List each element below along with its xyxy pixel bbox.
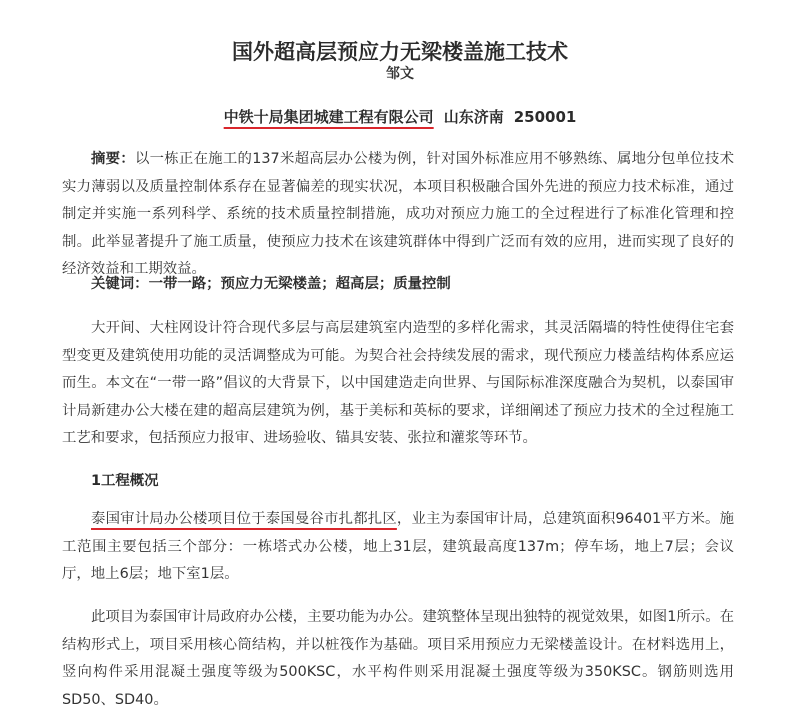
section-heading: 1工程概况	[62, 468, 734, 496]
document-page: 国外超高层预应力无梁楼盖施工技术 邹文 中铁十局集团城建工程有限公司山东济南25…	[0, 0, 800, 715]
document-title: 国外超高层预应力无梁楼盖施工技术	[0, 38, 800, 66]
affiliation-postal-code: 250001	[514, 108, 577, 126]
abstract-text: 以一栋正在施工的137米超高层办公楼为例，针对国外标准应用不够熟练、属地分包单位…	[62, 151, 734, 277]
affiliation-location: 山东济南	[444, 108, 504, 126]
abstract-label: 摘要：	[91, 151, 135, 167]
affiliation-organization: 中铁十局集团城建工程有限公司	[224, 108, 434, 126]
abstract-paragraph: 摘要：以一栋正在施工的137米超高层办公楼为例，针对国外标准应用不够熟练、属地分…	[62, 146, 734, 284]
keywords-text: 一带一路；预应力无梁楼盖；超高层；质量控制	[149, 276, 451, 292]
project-location-text: 泰国审计局办公楼项目位于泰国曼谷市扎都扎区	[91, 511, 397, 527]
keywords-label: 关键词：	[91, 276, 149, 292]
intro-paragraph: 大开间、大柱网设计符合现代多层与高层建筑室内造型的多样化需求，其灵活隔墙的特性使…	[62, 315, 734, 453]
keywords-paragraph: 关键词：一带一路；预应力无梁楼盖；超高层；质量控制	[62, 271, 734, 299]
author-affiliation: 中铁十局集团城建工程有限公司山东济南250001	[0, 106, 800, 128]
author-name: 邹文	[0, 64, 800, 84]
overview-paragraph: 泰国审计局办公楼项目位于泰国曼谷市扎都扎区，业主为泰国审计局，总建筑面积9640…	[62, 506, 734, 589]
project-description-paragraph: 此项目为泰国审计局政府办公楼，主要功能为办公。建筑整体呈现出独特的视觉效果，如图…	[62, 604, 734, 714]
